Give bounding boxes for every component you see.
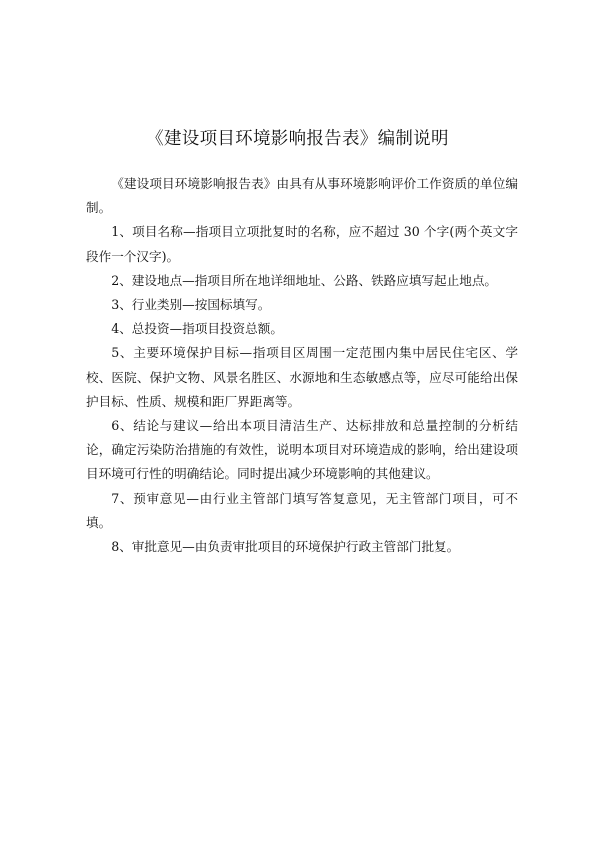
item-preliminary-review: 7、预审意见—由行业主管部门填写答复意见，无主管部门项目，可不填。 — [86, 487, 518, 535]
intro-paragraph: 《建设项目环境影响报告表》由具有从事环境影响评价工作资质的单位编制。 — [86, 172, 518, 220]
item-approval-opinion: 8、审批意见—由负责审批项目的环境保护行政主管部门批复。 — [86, 535, 518, 559]
document-body: 《建设项目环境影响报告表》由具有从事环境影响评价工作资质的单位编制。 1、项目名… — [86, 172, 518, 559]
item-protection-targets: 5、主要环境保护目标—指项目区周围一定范围内集中居民住宅区、学校、医院、保护文物… — [86, 341, 518, 414]
item-project-name: 1、项目名称—指项目立项批复时的名称，应不超过 30 个字(两个英文字段作一个汉… — [86, 220, 518, 268]
document-title: 《建设项目环境影响报告表》编制说明 — [0, 125, 595, 150]
item-industry-category: 3、行业类别—按国标填写。 — [86, 293, 518, 317]
item-total-investment: 4、总投资—指项目投资总额。 — [86, 317, 518, 341]
item-conclusions: 6、结论与建议—给出本项目清洁生产、达标排放和总量控制的分析结论，确定污染防治措… — [86, 414, 518, 487]
item-construction-site: 2、建设地点—指项目所在地详细地址、公路、铁路应填写起止地点。 — [86, 269, 518, 293]
